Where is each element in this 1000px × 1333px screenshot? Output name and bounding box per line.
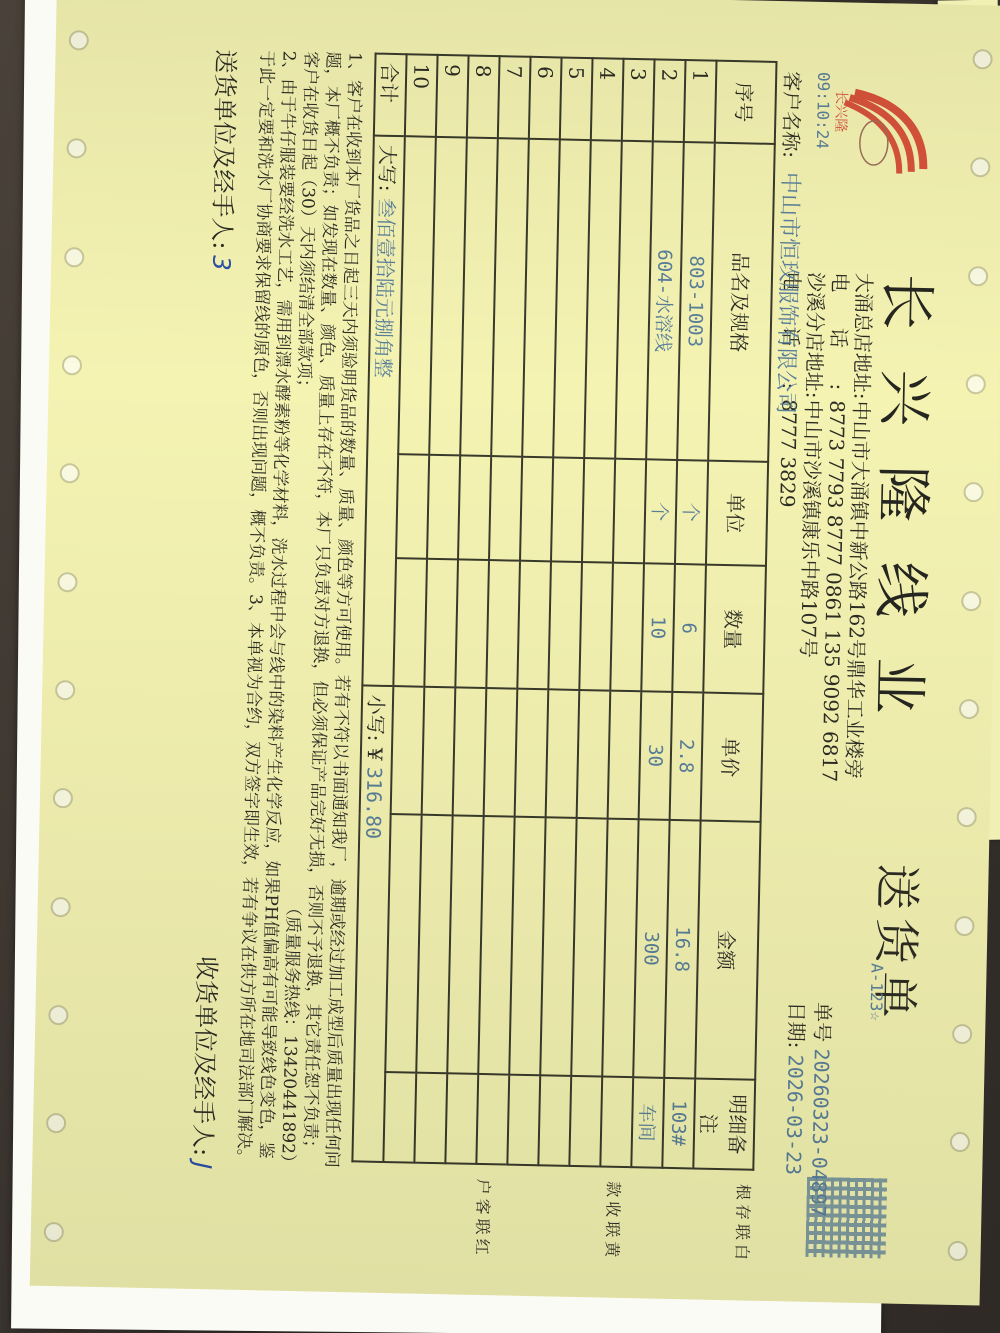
- header-qty: 数量: [703, 565, 766, 694]
- print-time: 09:10:24: [813, 72, 834, 149]
- customer-name: 中山市恒玫服饰有限公司: [772, 172, 802, 414]
- copy-white-stub: 白联存根: [734, 1180, 752, 1260]
- order-number: 20260323-04897: [806, 1048, 834, 1217]
- company-logo-icon: 长兴隆: [833, 72, 945, 184]
- copy-red-customer: 红联客户: [474, 1175, 492, 1255]
- form-stack: 长兴隆 长兴隆线业 送货单 大涌总店地址:中山市大涌镇中新公路162号鼎华工业楼…: [11, 0, 895, 1333]
- receiver-signature-block: 收货单位及经手人:J: [187, 956, 226, 1170]
- header-amount: 金额: [695, 821, 760, 1080]
- delivery-note: 长兴隆 长兴隆线业 送货单 大涌总店地址:中山市大涌镇中新公路162号鼎华工业楼…: [30, 0, 1000, 1305]
- order-meta: 单号 20260323-04897 日期: 2026-03-23: [779, 1001, 835, 1217]
- sender-signature: 3: [207, 255, 235, 271]
- header-price: 单价: [701, 693, 764, 822]
- svg-text:长兴隆: 长兴隆: [833, 90, 849, 132]
- branch-phone: 8777 3829: [775, 399, 801, 508]
- serial-code: A-123☆: [866, 963, 886, 1021]
- order-date: 2026-03-23: [781, 1054, 808, 1175]
- copy-labels: 白联存根 黄联收款 红联客户: [751, 1181, 752, 1211]
- total-in-digits: 316.80: [361, 767, 387, 840]
- terms-and-conditions: 1、客户在收到本厂货品之日起三天内须验明货品的数量、质量、颜色等方可使用。若有不…: [232, 50, 365, 1172]
- total-in-words: 叁佰壹拾陆元捌角整: [371, 198, 399, 378]
- total-label: 合计: [374, 54, 407, 137]
- header-remark: 明细备注: [693, 1078, 755, 1169]
- header-no: 序号: [715, 61, 777, 144]
- perforation-bottom: [30, 0, 103, 1287]
- header-name: 品名及规格: [708, 143, 775, 462]
- header-unit: 单位: [706, 461, 768, 566]
- sender-signature-block: 送货单位及经手人:3: [206, 49, 246, 271]
- items-table: 序号 品名及规格 单位 数量 单价 金额 明细备注 1803-1003个62.8…: [351, 53, 777, 1171]
- receiver-signature: J: [188, 1162, 216, 1170]
- copy-yellow-payment: 黄联收款: [604, 1178, 622, 1258]
